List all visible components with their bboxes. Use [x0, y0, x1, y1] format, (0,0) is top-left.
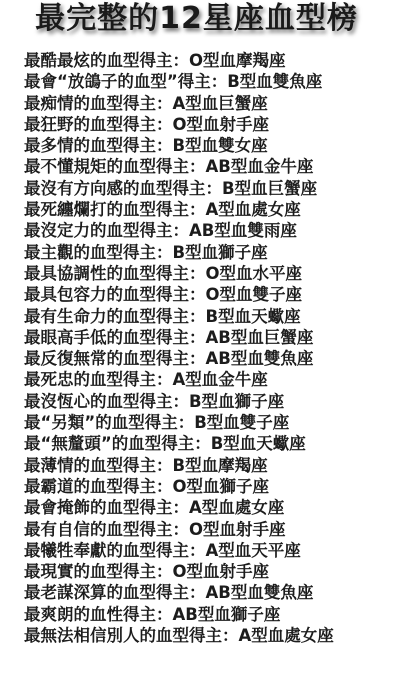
- list-item: 最酷最炫的血型得主：O型血摩羯座: [24, 50, 389, 71]
- list-item: 最具協調性的血型得主：O型血水平座: [24, 263, 389, 284]
- list-item: 最主觀的血型得主：B型血獅子座: [24, 242, 389, 263]
- list-item: 最沒定力的血型得主：AB型血雙雨座: [24, 220, 389, 241]
- list-item: 最有自信的血型得主：O型血射手座: [24, 519, 389, 540]
- list-item: 最犧牲奉獻的血型得主：A型血天平座: [24, 540, 389, 561]
- list-item: 最“另類”的血型得主：B型血雙子座: [24, 412, 389, 433]
- list-item: 最會“放鴿子的血型”得主：B型血雙魚座: [24, 71, 389, 92]
- list-item: 最無法相信別人的血型得主：A型血處女座: [24, 625, 389, 646]
- list-item: 最死纏爛打的血型得主：A型血處女座: [24, 199, 389, 220]
- list-item: 最痴情的血型得主：A型血巨蟹座: [24, 93, 389, 114]
- list-item: 最薄情的血型得主：B型血摩羯座: [24, 455, 389, 476]
- list-item: 最會掩飾的血型得主：A型血處女座: [24, 497, 389, 518]
- page-title: 最完整的12星座血型榜: [0, 0, 393, 38]
- list-item: 最狂野的血型得主：O型血射手座: [24, 114, 389, 135]
- ranking-list: 最酷最炫的血型得主：O型血摩羯座 最會“放鴿子的血型”得主：B型血雙魚座 最痴情…: [24, 50, 389, 646]
- list-item: 最不懂規矩的血型得主：AB型血金牛座: [24, 156, 389, 177]
- list-item: 最眼高手低的血型得主：AB型血巨蟹座: [24, 327, 389, 348]
- list-item: 最“無釐頭”的血型得主：B型血天蠍座: [24, 433, 389, 454]
- list-item: 最有生命力的血型得主：B型血天蠍座: [24, 306, 389, 327]
- list-item: 最現實的血型得主：O型血射手座: [24, 561, 389, 582]
- list-item: 最具包容力的血型得主：O型血雙子座: [24, 284, 389, 305]
- list-item: 最反復無常的血型得主：AB型血雙魚座: [24, 348, 389, 369]
- list-item: 最多情的血型得主：B型血雙女座: [24, 135, 389, 156]
- list-item: 最沒有方向感的血型得主：B型血巨蟹座: [24, 178, 389, 199]
- list-item: 最沒恆心的血型得主：B型血獅子座: [24, 391, 389, 412]
- list-item: 最老謀深算的血型得主：AB型血雙魚座: [24, 582, 389, 603]
- list-item: 最爽朗的血性得主：AB型血獅子座: [24, 604, 389, 625]
- list-item: 最霸道的血型得主：O型血獅子座: [24, 476, 389, 497]
- list-item: 最死忠的血型得主：A型血金牛座: [24, 369, 389, 390]
